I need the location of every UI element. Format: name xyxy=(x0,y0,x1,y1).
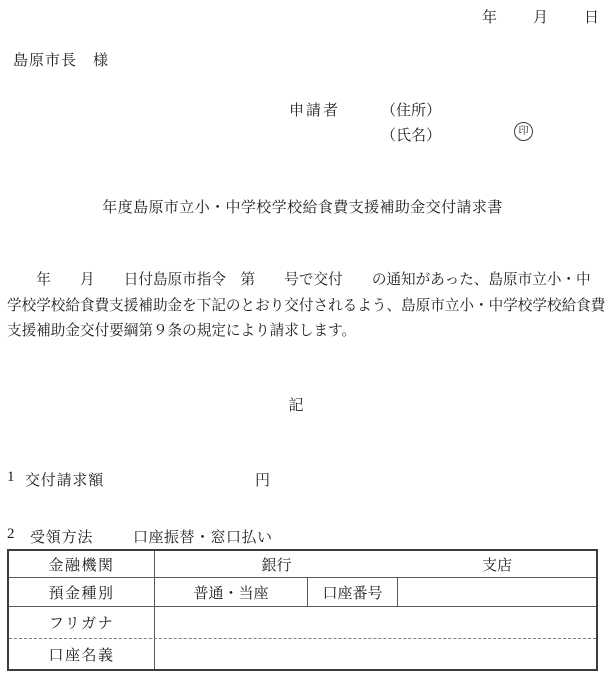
branch-suffix-label: 支店 xyxy=(482,554,512,575)
furigana-field xyxy=(154,607,596,638)
account-holder-field xyxy=(154,639,596,669)
branch-name-field: 支店 xyxy=(398,551,596,577)
item2-receipt-method-label: 受領方法 xyxy=(30,526,93,547)
date-line: 年 月 日 xyxy=(482,6,601,27)
body-line: 年 月 日付島原市指令 第 号で交付 の通知があった、島原市立小・中 xyxy=(7,268,599,294)
furigana-header-cell: フリガナ xyxy=(9,607,154,638)
item1-yen-unit: 円 xyxy=(255,469,270,490)
item2-number: 2 xyxy=(7,526,15,543)
note-marker: 記 xyxy=(0,394,592,415)
table-row-account-holder: 口座名義 xyxy=(9,638,596,669)
bank-branch-cell: 銀行 支店 xyxy=(154,551,596,577)
financial-institution-header-cell: 金融機関 xyxy=(9,551,154,577)
document-title: 年度島原市立小・中学校学校給食費支援補助金交付請求書 xyxy=(0,196,605,217)
account-number-field xyxy=(397,578,596,606)
table-row-financial-institution: 金融機関 銀行 支店 xyxy=(9,551,596,577)
body-line: 支援補助金交付要綱第９条の規定により請求します。 xyxy=(7,319,599,345)
seal-mark: 印 xyxy=(514,122,533,141)
applicant-address-label: （住所） xyxy=(381,99,441,120)
applicant-label: 申請者 xyxy=(289,99,340,120)
deposit-type-header-cell: 預金種別 xyxy=(9,578,154,606)
account-number-label-cell: 口座番号 xyxy=(307,578,397,606)
document-page: 年 月 日 島原市長 様 申請者 （住所） （氏名） 印 年度島原市立小・中学校… xyxy=(0,0,605,675)
deposit-options-cell: 普通・当座 xyxy=(154,578,307,606)
addressee-line: 島原市長 様 xyxy=(13,49,109,70)
bank-name-field: 銀行 xyxy=(155,551,398,577)
item1-claim-amount-label: 交付請求額 xyxy=(25,469,104,490)
bank-account-table: 金融機関 銀行 支店 預金種別 普通・当座 口座番号 フリガナ 口座名義 xyxy=(7,549,598,671)
item1-number: 1 xyxy=(7,469,15,486)
body-line: 学校学校給食費支援補助金を下記のとおり交付されるよう、島原市立小・中学校学校給食… xyxy=(7,294,599,320)
account-holder-header-cell: 口座名義 xyxy=(9,639,154,669)
item2-receipt-method-value: 口座振替・窓口払い xyxy=(133,526,273,547)
body-paragraph: 年 月 日付島原市指令 第 号で交付 の通知があった、島原市立小・中学校学校給食… xyxy=(7,268,599,345)
bank-suffix-label: 銀行 xyxy=(261,554,291,575)
table-row-furigana: フリガナ xyxy=(9,606,596,638)
table-row-deposit-type: 預金種別 普通・当座 口座番号 xyxy=(9,577,596,606)
applicant-name-label: （氏名） xyxy=(381,124,441,145)
